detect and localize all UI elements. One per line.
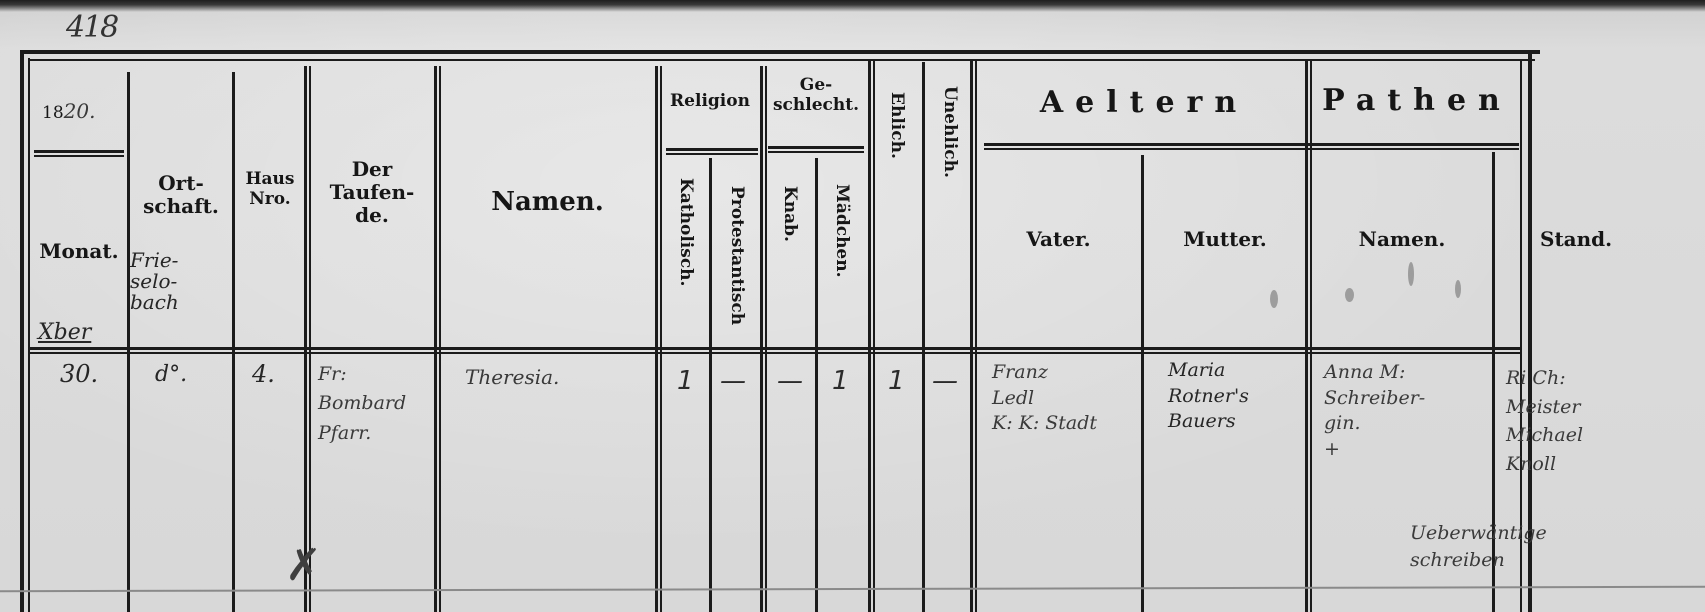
col-divider-haus [304,66,311,612]
pencil-line-bottom [0,586,1705,592]
header-mutter: Mutter. [1145,228,1305,251]
entry-note: Ueberwäntige schreiben [1410,520,1547,573]
entry-mutter: Maria Rotner's Bauers [1168,358,1249,435]
header-katholisch: Katholisch. [676,178,696,286]
entry-protestantisch: — [720,366,746,396]
header-monat: Monat. [30,240,128,263]
header-religion: Religion [660,92,760,112]
frame-left-inner [28,58,30,612]
register-page: 418 1820. Monat. Ort- schaft. Haus Nro. … [0,0,1705,612]
frame-top [20,50,1540,54]
header-protestantisch: Protestantisch [727,186,747,325]
frame-left [20,50,24,612]
scan-edge-shadow [0,0,1705,12]
entry-vater: Franz Ledl K: K: Stadt [992,360,1097,437]
header-pathen: Pathen [1312,84,1522,119]
col-divider-kath [709,158,712,612]
ink-stain [1455,280,1461,298]
header-unehlich: Unehlich. [940,86,960,178]
col-divider-monat [127,72,130,612]
annotation-monat-value: Xber [38,318,91,348]
header-aeltern: Aeltern [984,86,1304,121]
ink-stain [1270,290,1278,308]
entry-ortschaft: d°. [155,360,187,390]
entry-pathen-namen: Anna M: Schreiber- gin. + [1324,360,1425,463]
folio-number: 418 [66,10,117,45]
header-taufende: Der Taufen- de. [310,158,434,227]
col-divider-geschlecht [868,60,875,612]
religion-rule [666,148,758,155]
geschlecht-rule [768,146,864,153]
col-divider-knab [815,158,818,612]
header-geschlecht: Ge- schlecht. [764,76,868,115]
annotation-ortschaft-place: Frie- selo- bach [130,250,179,313]
entry-namen: Theresia. [465,364,559,391]
col-divider-ortschaft [232,72,235,612]
aeltern-pathen-rule [984,143,1519,150]
entry-ehlich: 1 [888,366,905,396]
col-divider-vater [1141,155,1144,612]
entry-unehlich: — [932,366,958,396]
entry-stand: Ri Ch: Meister Michael Knoll [1506,364,1583,478]
header-namen: Namen. [440,188,655,218]
year-handwritten: 20. [64,99,96,123]
entry-haus-nro: 4. [252,358,275,390]
year-rule [34,150,124,157]
col-divider-ehlich [922,62,925,612]
header-ortschaft: Ort- schaft. [130,172,232,218]
col-divider-unehlich [970,60,977,612]
signature-cross-mark: ✗ [285,540,322,591]
entry-taufende: Fr: Bombard Pfarr. [318,360,406,448]
ink-stain [1408,262,1414,286]
ink-stain [1345,288,1354,302]
year-label: 1820. [42,98,95,125]
header-maedchen: Mädchen. [832,184,852,278]
header-vater: Vater. [976,228,1141,251]
col-divider-namen [655,66,662,612]
entry-katholisch: 1 [677,366,694,396]
col-divider-taufende [434,66,441,612]
header-bottom-rule [30,347,1520,354]
entry-knab: — [777,366,803,396]
entry-tag: 30. [60,358,98,390]
col-divider-religion [760,66,767,612]
header-knab: Knab. [780,186,800,242]
entry-maedchen: 1 [832,366,849,396]
header-haus-nro: Haus Nro. [235,170,305,209]
header-pathen-namen: Namen. [1312,228,1492,251]
header-ehlich: Ehlich. [887,92,907,159]
header-stand: Stand. [1540,228,1564,251]
